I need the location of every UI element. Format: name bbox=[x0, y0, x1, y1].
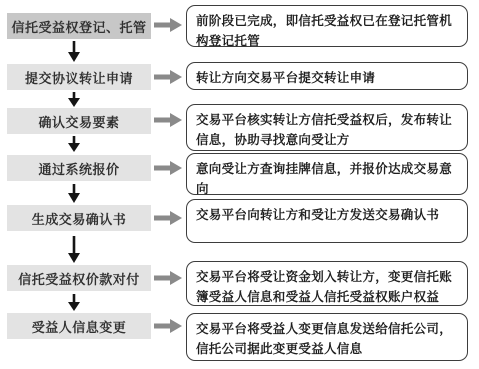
down-arrow-icon bbox=[65, 41, 83, 62]
right-arrow-icon bbox=[154, 319, 182, 333]
step-label: 通过系统报价 bbox=[38, 159, 119, 178]
step-box-beneficiary-info-change: 受益人信息变更 bbox=[7, 313, 151, 339]
desc-text: 意向受让方查询挂牌信息，并报价达成交易意向 bbox=[196, 161, 452, 196]
desc-text: 交易平台核实转让方信托受益权后，发布转让信息，协助寻找意向受让方 bbox=[196, 112, 452, 147]
step-box-submit-application: 提交协议转让申请 bbox=[7, 64, 151, 90]
right-arrow-icon bbox=[154, 271, 182, 285]
step-label: 确认交易要素 bbox=[38, 112, 119, 131]
step-label: 受益人信息变更 bbox=[32, 317, 127, 336]
desc-box-submit-application: 转让方向交易平台提交转让申请 bbox=[186, 62, 468, 90]
step-box-system-quote: 通过系统报价 bbox=[7, 155, 151, 181]
down-arrow-icon bbox=[65, 294, 83, 311]
desc-box-generate-confirmation: 交易平台向转让方和受让方发送交易确认书 bbox=[186, 199, 468, 243]
desc-text: 交易平台将受益人变更信息发送给信托公司，信托公司据此变更受益人信息 bbox=[196, 321, 452, 356]
desc-text: 交易平台向转让方和受让方发送交易确认书 bbox=[196, 207, 439, 222]
step-box-payment-delivery: 信托受益权价款对付 bbox=[7, 265, 151, 291]
step-box-confirm-elements: 确认交易要素 bbox=[7, 108, 151, 134]
desc-box-system-quote: 意向受让方查询挂牌信息，并报价达成交易意向 bbox=[186, 153, 468, 195]
right-arrow-icon bbox=[154, 18, 182, 32]
desc-text: 转让方向交易平台提交转让申请 bbox=[196, 70, 375, 85]
down-arrow-icon bbox=[65, 184, 83, 203]
down-arrow-icon bbox=[65, 136, 83, 152]
desc-box-payment-delivery: 交易平台将受让资金划入转让方，变更信托账簿受益人信息和受益人信托受益权账户权益 bbox=[186, 261, 468, 306]
desc-text: 前阶段已完成，即信托受益权已在登记托管机构登记托管 bbox=[196, 13, 452, 48]
trust-transfer-flowchart: 信托受益权登记、托管 前阶段已完成，即信托受益权已在登记托管机构登记托管 提交协… bbox=[0, 0, 479, 369]
step-label: 生成交易确认书 bbox=[32, 209, 127, 228]
step-label: 信托受益权登记、托管 bbox=[11, 17, 146, 36]
step-label: 信托受益权价款对付 bbox=[18, 269, 140, 288]
desc-box-registration: 前阶段已完成，即信托受益权已在登记托管机构登记托管 bbox=[186, 5, 468, 47]
step-box-generate-confirmation: 生成交易确认书 bbox=[7, 205, 151, 231]
right-arrow-icon bbox=[154, 211, 182, 225]
down-arrow-icon bbox=[65, 92, 83, 107]
right-arrow-icon bbox=[154, 70, 182, 84]
desc-box-beneficiary-info-change: 交易平台将受益人变更信息发送给信托公司，信托公司据此变更受益人信息 bbox=[186, 313, 468, 361]
right-arrow-icon bbox=[154, 161, 182, 175]
right-arrow-icon bbox=[154, 113, 182, 127]
desc-box-confirm-elements: 交易平台核实转让方信托受益权后，发布转让信息，协助寻找意向受让方 bbox=[186, 104, 468, 151]
step-box-registration: 信托受益权登记、托管 bbox=[7, 13, 151, 39]
down-arrow-icon bbox=[65, 236, 83, 263]
step-label: 提交协议转让申请 bbox=[25, 68, 133, 87]
desc-text: 交易平台将受让资金划入转让方，变更信托账簿受益人信息和受益人信托受益权账户权益 bbox=[196, 269, 452, 304]
